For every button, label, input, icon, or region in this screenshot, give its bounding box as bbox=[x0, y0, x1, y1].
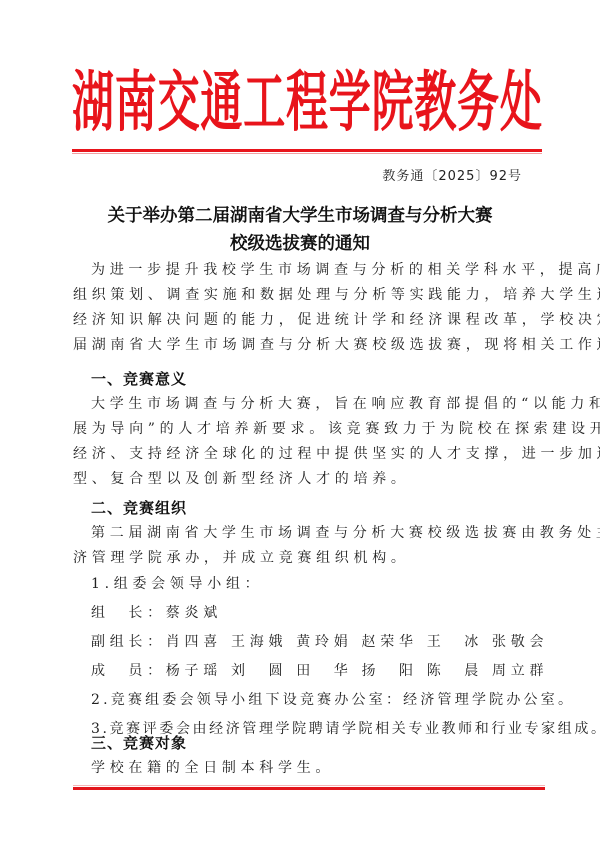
section-line: 展为导向”的人才培养新要求。该竞赛致力于为院校在探索建设开放型世界 bbox=[73, 417, 543, 442]
masthead-char: 院 bbox=[372, 70, 414, 135]
section-organization: 二、竞赛组织 第二届湖南省大学生市场调查与分析大赛校级选拔赛由教务处主办、经 济… bbox=[73, 496, 543, 571]
section-participants: 三、竞赛对象 学校在籍的全日制本科学生。 bbox=[73, 731, 543, 781]
org-item-members: 成 员：杨子瑶 刘 圆 田 华 扬 阳 陈 晨 周立群 bbox=[73, 657, 543, 686]
masthead-org-name: 湖 南 交 通 工 程 学 院 教 务 处 bbox=[72, 66, 542, 140]
intro-line: 经济知识解决问题的能力，促进统计学和经济课程改革，学校决定举办第二 bbox=[73, 308, 543, 333]
section-line: 大学生市场调查与分析大赛，旨在响应教育部提倡的“以能力和职业发 bbox=[73, 392, 543, 417]
masthead-char: 程 bbox=[286, 70, 328, 135]
document-number: 教务通〔2025〕92号 bbox=[382, 165, 522, 184]
intro-line: 届湖南省大学生市场调查与分析大赛校级选拔赛，现将相关工作通知如下： bbox=[73, 333, 543, 358]
document-title-line-2: 校级选拔赛的通知 bbox=[60, 230, 540, 255]
section-line: 型、复合型以及创新型经济人才的培养。 bbox=[73, 467, 543, 492]
org-item-committee: 1.组委会领导小组： bbox=[73, 570, 543, 599]
section-significance: 一、竞赛意义 大学生市场调查与分析大赛，旨在响应教育部提倡的“以能力和职业发 展… bbox=[73, 367, 543, 492]
org-item-office: 2.竞赛组委会领导小组下设竞赛办公室：经济管理学院办公室。 bbox=[73, 686, 543, 715]
document-page: 湖 南 交 通 工 程 学 院 教 务 处 教务通〔2025〕92号 关于举办第… bbox=[0, 0, 600, 848]
masthead-char: 交 bbox=[158, 70, 200, 135]
section-heading: 一、竞赛意义 bbox=[73, 367, 543, 392]
footer-red-rule bbox=[73, 787, 545, 790]
masthead-char: 南 bbox=[115, 70, 157, 135]
intro-paragraph: 为进一步提升我校学生市场调查与分析的相关学科水平，提高广大学生 组织策划、调查实… bbox=[73, 258, 543, 358]
section-line: 第二届湖南省大学生市场调查与分析大赛校级选拔赛由教务处主办、经 bbox=[73, 521, 543, 546]
org-item-deputy-leaders: 副组长：肖四喜 王海娥 黄玲娟 赵荣华 王 冰 张敬会 bbox=[73, 628, 543, 657]
masthead-char: 务 bbox=[457, 70, 499, 135]
masthead-char: 教 bbox=[414, 70, 456, 135]
section-heading: 二、竞赛组织 bbox=[73, 496, 543, 521]
intro-line: 组织策划、调查实施和数据处理与分析等实践能力，培养大学生运用统计和 bbox=[73, 283, 543, 308]
intro-line: 为进一步提升我校学生市场调查与分析的相关学科水平，提高广大学生 bbox=[73, 258, 543, 283]
masthead-char: 通 bbox=[200, 70, 242, 135]
masthead-char: 处 bbox=[500, 70, 542, 135]
masthead-red-rule bbox=[72, 149, 542, 152]
organization-list: 1.组委会领导小组： 组 长：蔡炎斌 副组长：肖四喜 王海娥 黄玲娟 赵荣华 王… bbox=[73, 570, 543, 744]
section-heading: 三、竞赛对象 bbox=[73, 731, 543, 756]
section-line: 经济、支持经济全球化的过程中提供坚实的人才支撑，进一步加速推进应用 bbox=[73, 442, 543, 467]
section-line: 济管理学院承办，并成立竞赛组织机构。 bbox=[73, 546, 543, 571]
masthead-char: 学 bbox=[329, 70, 371, 135]
org-item-leader: 组 长：蔡炎斌 bbox=[73, 599, 543, 628]
document-title-line-1: 关于举办第二届湖南省大学生市场调查与分析大赛 bbox=[60, 202, 540, 227]
section-line: 学校在籍的全日制本科学生。 bbox=[73, 756, 543, 781]
masthead-char: 湖 bbox=[72, 70, 114, 135]
masthead-char: 工 bbox=[243, 70, 285, 135]
